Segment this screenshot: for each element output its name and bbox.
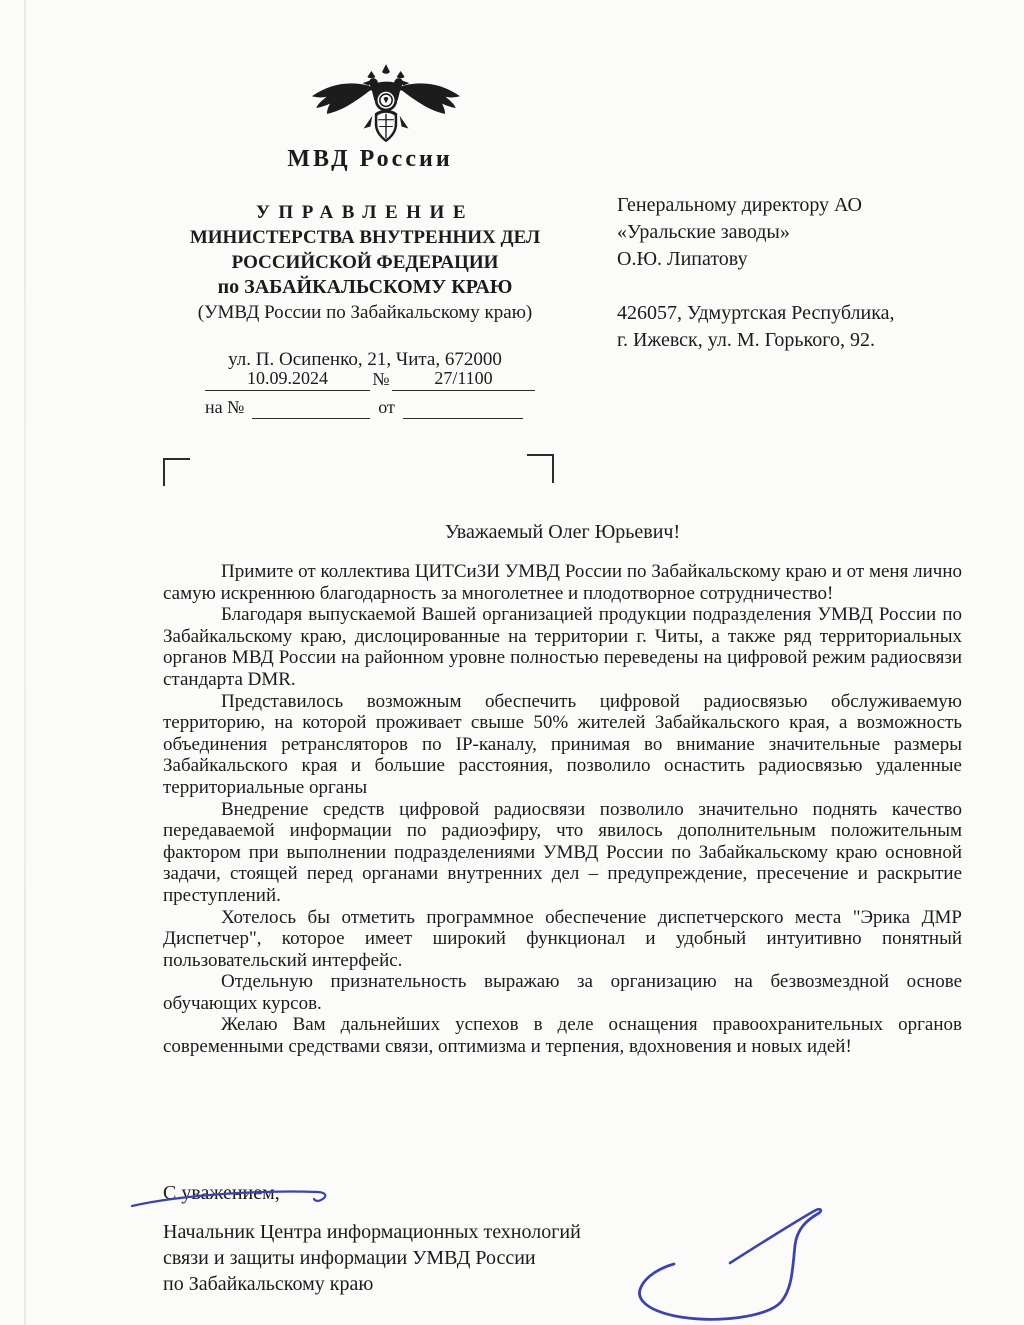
- salutation: Уважаемый Олег Юрьевич!: [163, 521, 962, 544]
- body-paragraph: Хотелось бы отметить программное обеспеч…: [163, 907, 962, 972]
- recipient-name-lines: Генеральному директору АО«Уральские заво…: [617, 192, 977, 273]
- pen-flourish-stroke: [130, 1186, 340, 1217]
- letterhead-line-umvd: (УМВД России по Забайкальскому краю): [150, 300, 580, 325]
- letterhead-line-ministry: МИНИСТЕРСТВА ВНУТРЕННИХ ДЕЛ: [150, 225, 580, 250]
- recipient-address-line: 426057, Удмуртская Республика,: [617, 300, 977, 327]
- reply-from-label: от: [378, 397, 395, 419]
- org-short-name: МВД России: [170, 146, 570, 173]
- address-corner-mark-left: [163, 458, 190, 486]
- scanned-letter-page: МВД России УПРАВЛЕНИЕ МИНИСТЕРСТВА ВНУТР…: [0, 0, 1024, 1325]
- body-paragraph: Представилось возможным обеспечить цифро…: [163, 691, 962, 799]
- letterhead-line-upravlenie: УПРАВЛЕНИЕ: [150, 200, 580, 225]
- recipient-line: «Уральские заводы»: [617, 219, 977, 246]
- handwritten-signature-icon: [580, 1195, 860, 1325]
- mvd-eagle-emblem-icon: [308, 60, 464, 156]
- letter-date: 10.09.2024: [205, 368, 370, 391]
- body-paragraph: Примите от коллектива ЦИТСиЗИ УМВД Росси…: [163, 561, 962, 604]
- letter-number: 27/1100: [392, 368, 535, 391]
- address-corner-mark-right: [527, 454, 554, 483]
- recipient-address-lines: 426057, Удмуртская Республика,г. Ижевск,…: [617, 300, 977, 354]
- letter-body: Примите от коллектива ЦИТСиЗИ УМВД Росси…: [163, 561, 962, 1058]
- number-sign: №: [370, 369, 392, 391]
- recipient-line: Генеральному директору АО: [617, 192, 977, 219]
- body-paragraph: Отдельную признательность выражаю за орг…: [163, 971, 962, 1014]
- reply-to-number-label: на №: [205, 397, 244, 419]
- reference-row-reply: на № от: [205, 397, 535, 419]
- letterhead: УПРАВЛЕНИЕ МИНИСТЕРСТВА ВНУТРЕННИХ ДЕЛ Р…: [150, 200, 580, 372]
- body-paragraph: Внедрение средств цифровой радиосвязи по…: [163, 799, 962, 907]
- scan-edge-artifact: [24, 0, 26, 1325]
- reference-row-outgoing: 10.09.2024 № 27/1100: [205, 368, 535, 391]
- body-paragraph: Благодаря выпускаемой Вашей организацией…: [163, 604, 962, 690]
- recipient-block: Генеральному директору АО«Уральские заво…: [617, 192, 977, 354]
- reference-block: 10.09.2024 № 27/1100 на № от: [205, 368, 535, 419]
- letterhead-line-federation: РОССИЙСКОЙ ФЕДЕРАЦИИ: [150, 250, 580, 275]
- letterhead-line-region: по ЗАБАЙКАЛЬСКОМУ КРАЮ: [150, 275, 580, 300]
- recipient-line: О.Ю. Липатову: [617, 246, 977, 273]
- recipient-address-line: г. Ижевск, ул. М. Горького, 92.: [617, 327, 977, 354]
- reply-date-blank: [403, 398, 523, 419]
- body-paragraph: Желаю Вам дальнейших успехов в деле осна…: [163, 1014, 962, 1057]
- reply-number-blank: [252, 398, 370, 419]
